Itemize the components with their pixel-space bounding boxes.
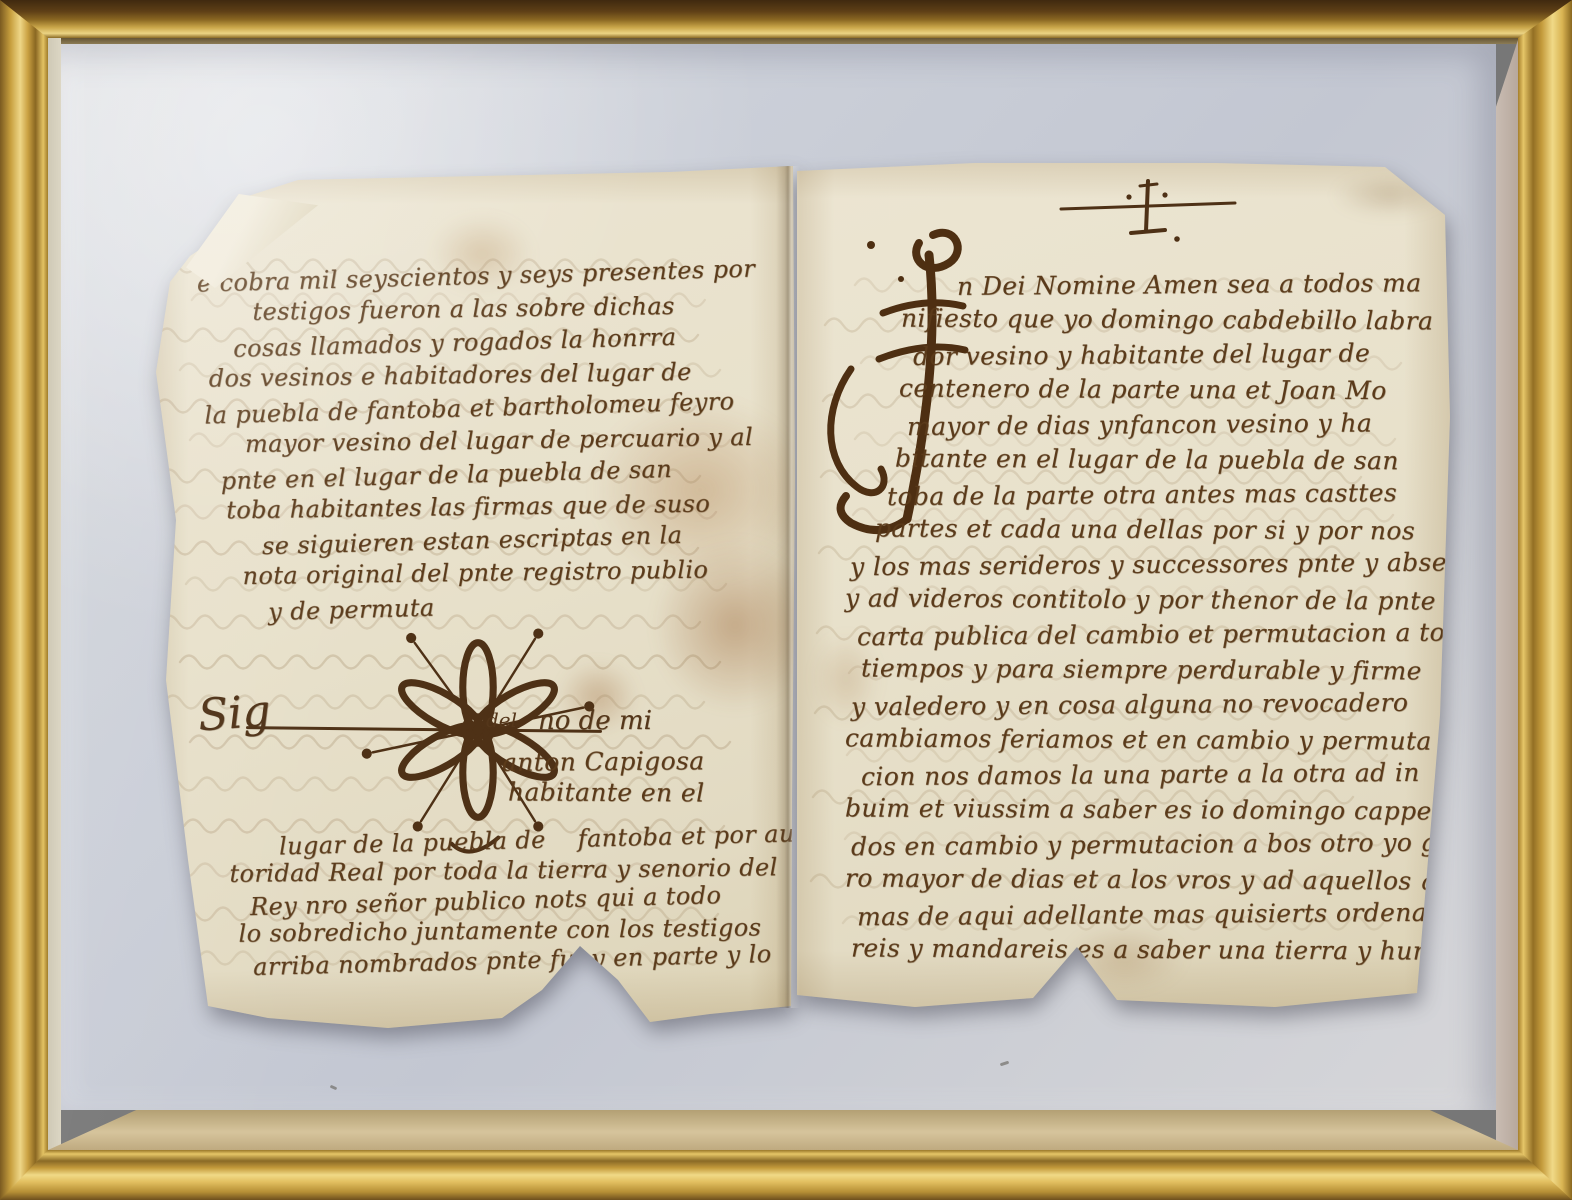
manuscript-line: nifiesto que yo domingo cabdebillo labra (901, 301, 1440, 339)
manuscript-line: carta publica del cambio et permutacion … (857, 615, 1440, 655)
manuscript-line: mas de aqui adellante mas quisierts orde… (857, 895, 1440, 935)
notary-name-block: anton Capigosa habitante en el (502, 746, 732, 808)
manuscript-line: dor vesino y habitante del lugar de (913, 335, 1440, 374)
gilt-frame-bottom (0, 1150, 1572, 1200)
manuscript-line: tiempos y para siempre perdurable y firm… (861, 650, 1440, 688)
manuscript-line: buim et viussim a saber es io domingo ca… (845, 790, 1440, 828)
manuscript-line: partes et cada una dellas por si y por n… (875, 511, 1440, 549)
manuscript-line: reis y mandareis es a saber una tierra y… (851, 930, 1440, 968)
gilt-frame-top (0, 0, 1572, 38)
gilt-frame-left (0, 0, 48, 1200)
manuscript-line: ro mayor de dias et a los vros y ad aque… (845, 860, 1440, 898)
manuscript-line: mayor de dias ynfancon vesino y ha (907, 405, 1440, 444)
manuscript-left-page: e cobra mil seyscientos y seys presentes… (150, 160, 795, 1040)
manuscript-line: n Dei Nomine Amen sea a todos ma (957, 265, 1440, 304)
left-page-text-block: e cobra mil seyscientos y seys presentes… (167, 254, 789, 629)
frame-inner-edge-left (48, 38, 61, 1150)
framed-manuscript-photo: e cobra mil seyscientos y seys presentes… (0, 0, 1572, 1200)
manuscript-line: dos en cambio y permutacion a bos otro y… (851, 825, 1440, 865)
signum-word-start: Sig (196, 686, 272, 742)
left-page-closing-block: lugar de la puebla de fantoba et por au … (179, 821, 782, 981)
notary-name: anton Capigosa (502, 745, 732, 778)
right-page-paper: n Dei Nomine Amen sea a todos ma nifiest… (795, 155, 1450, 1020)
frame-inner-edge-right (1496, 40, 1518, 1150)
manuscript-line: y valedero y en cosa alguna no revocader… (851, 685, 1440, 725)
manuscript-line: habitante en el (508, 776, 732, 808)
invocation-cross-icon (1053, 169, 1243, 249)
signum-word-end: no de mi (538, 706, 652, 736)
manuscript-line: cambiamos feriamos et en cambio y permut… (845, 720, 1440, 758)
manuscript-right-page: n Dei Nomine Amen sea a todos ma nifiest… (795, 155, 1450, 1020)
gilt-frame-right (1518, 0, 1572, 1200)
manuscript-line: toba de la parte otra antes mas casttes (887, 475, 1440, 514)
right-page-text-block: n Dei Nomine Amen sea a todos ma nifiest… (795, 267, 1440, 967)
frame-inner-edge-bottom (48, 1110, 1518, 1150)
manuscript-line: bitante en el lugar de la puebla de san (895, 441, 1440, 479)
manuscript-line: y los mas serideros y successores pnte y… (850, 545, 1440, 585)
manuscript-line: y ad videros contitolo y por thenor de l… (845, 580, 1440, 618)
manuscript-line: centenero de la parte una et Joan Mo (899, 371, 1440, 409)
center-fold-crease (776, 166, 800, 1008)
signum-rule-word: del (486, 708, 517, 732)
manuscript-line: cion nos damos la una parte a la otra ad… (861, 755, 1440, 795)
left-page-paper: e cobra mil seyscientos y seys presentes… (150, 160, 795, 1040)
